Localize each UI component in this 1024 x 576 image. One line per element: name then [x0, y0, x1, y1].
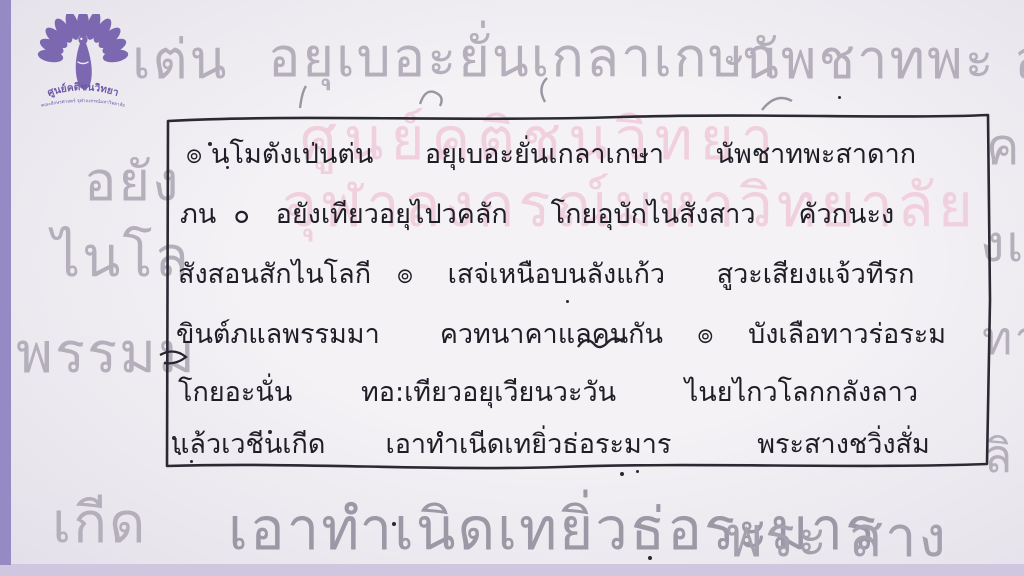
ink-speck	[208, 142, 212, 146]
slide-canvas: เต่น อยุเบอะยั่นเกลาเกษา นัพชาทพะ สา อยั…	[0, 0, 1024, 576]
logo-title: ศูนย์คติชนวิทยา	[46, 81, 120, 100]
manuscript-line-5: โกยอะนั่น ทอ:เทียวอยุเวียนวะวัน ไนยไกวโล…	[178, 370, 980, 413]
ink-speck	[392, 522, 396, 526]
bottom-accent-bar	[0, 564, 1024, 576]
left-accent-bar	[0, 0, 11, 565]
ink-speck	[838, 96, 841, 99]
logo-subtitle: คณะอักษรศาสตร์ จุฬาลงกรณ์มหาวิทยาลัย	[41, 97, 126, 109]
ink-speck	[226, 166, 229, 169]
stray-stroke-icon	[762, 98, 792, 110]
manuscript-line-3: สังสอนสักไนโลกี ๏ เสจ่เหนือบนลังแก้ว สูว…	[178, 252, 980, 295]
ink-speck	[172, 436, 176, 440]
ink-speck	[268, 430, 272, 434]
stray-stroke-icon	[300, 86, 306, 108]
ink-speck	[178, 452, 181, 455]
ink-speck	[648, 556, 652, 560]
stray-stroke-icon	[541, 78, 547, 102]
folklore-center-logo: ศูนย์คติชนวิทยา คณะอักษรศาสตร์ จุฬาลงกรณ…	[28, 14, 138, 126]
stray-stroke-icon	[420, 92, 442, 106]
manuscript-line-1: ๏ นโมตังเป่นต่น อยุเบอะยั่นเกลาเกษา นัพช…	[186, 132, 988, 175]
manuscript-line-6: แล้วเวชีนเกีด เอาทำเนีดเทยิ่วธ่อระมาร พร…	[172, 422, 974, 465]
ink-speck	[636, 470, 639, 473]
ink-speck	[566, 300, 569, 303]
peacock-icon	[37, 14, 129, 89]
ink-speck	[190, 460, 193, 463]
manuscript-line-2: ภน ๐ อยังเทียวอยุไปวคลัก โกยอุบักไนสังสา…	[180, 192, 982, 235]
manuscript-line-4: ขินต์ภแลพรรมมา ควทนาคาแลคนกัน ๏ บังเลือท…	[176, 312, 978, 355]
ink-speck	[620, 472, 624, 476]
